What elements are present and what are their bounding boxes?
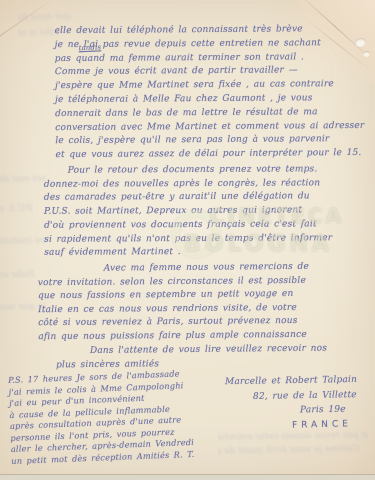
signature-address: 82, rue de la Villette: [253, 390, 357, 402]
letter-paragraph-3: Avec ma femme nous vous remercions devot…: [38, 261, 310, 344]
interlinear-insertion: tandis: [78, 41, 101, 56]
letter-line: Dans l'attente de vous lire veuillez rec…: [90, 342, 327, 358]
letter-paragraph-1: tandis elle devait lui téléphoné la conn…: [55, 23, 365, 163]
letter-line: plus sincères amitiés: [56, 356, 327, 373]
letter-line: Avec ma femme nous vous remercions de: [104, 261, 309, 276]
letter-line: Pour le retour des documents prenez votr…: [68, 163, 332, 178]
letter-line: P.U.S. soit Martinet, Depreux ou autres …: [44, 204, 332, 219]
letter-line: et que vous aurez assez de délai pour in…: [55, 147, 364, 163]
signature-country: FRANCE: [292, 419, 352, 431]
letter-line: si rapidement qu'ils n'ont pas eu le tem…: [44, 232, 332, 247]
letter-line: d'où proviennent vos documents français …: [44, 218, 332, 233]
scan-bottom-edge: [0, 474, 375, 480]
postscript-block: P.S. 17 heures Je sors de l'ambassadej'a…: [8, 368, 195, 467]
letter-line: sauf évidemment Martinet .: [44, 245, 332, 260]
scanned-letter-page: que nous fassions en septembre un petit …: [0, 0, 375, 480]
letter-line: j'espère que Mme Martinet sera fixée , a…: [55, 78, 364, 94]
signature-city: Paris 19e: [300, 405, 346, 416]
paper-hole: [363, 51, 370, 57]
letter-paragraph-2: Pour le retour des documents prenez votr…: [44, 163, 333, 260]
